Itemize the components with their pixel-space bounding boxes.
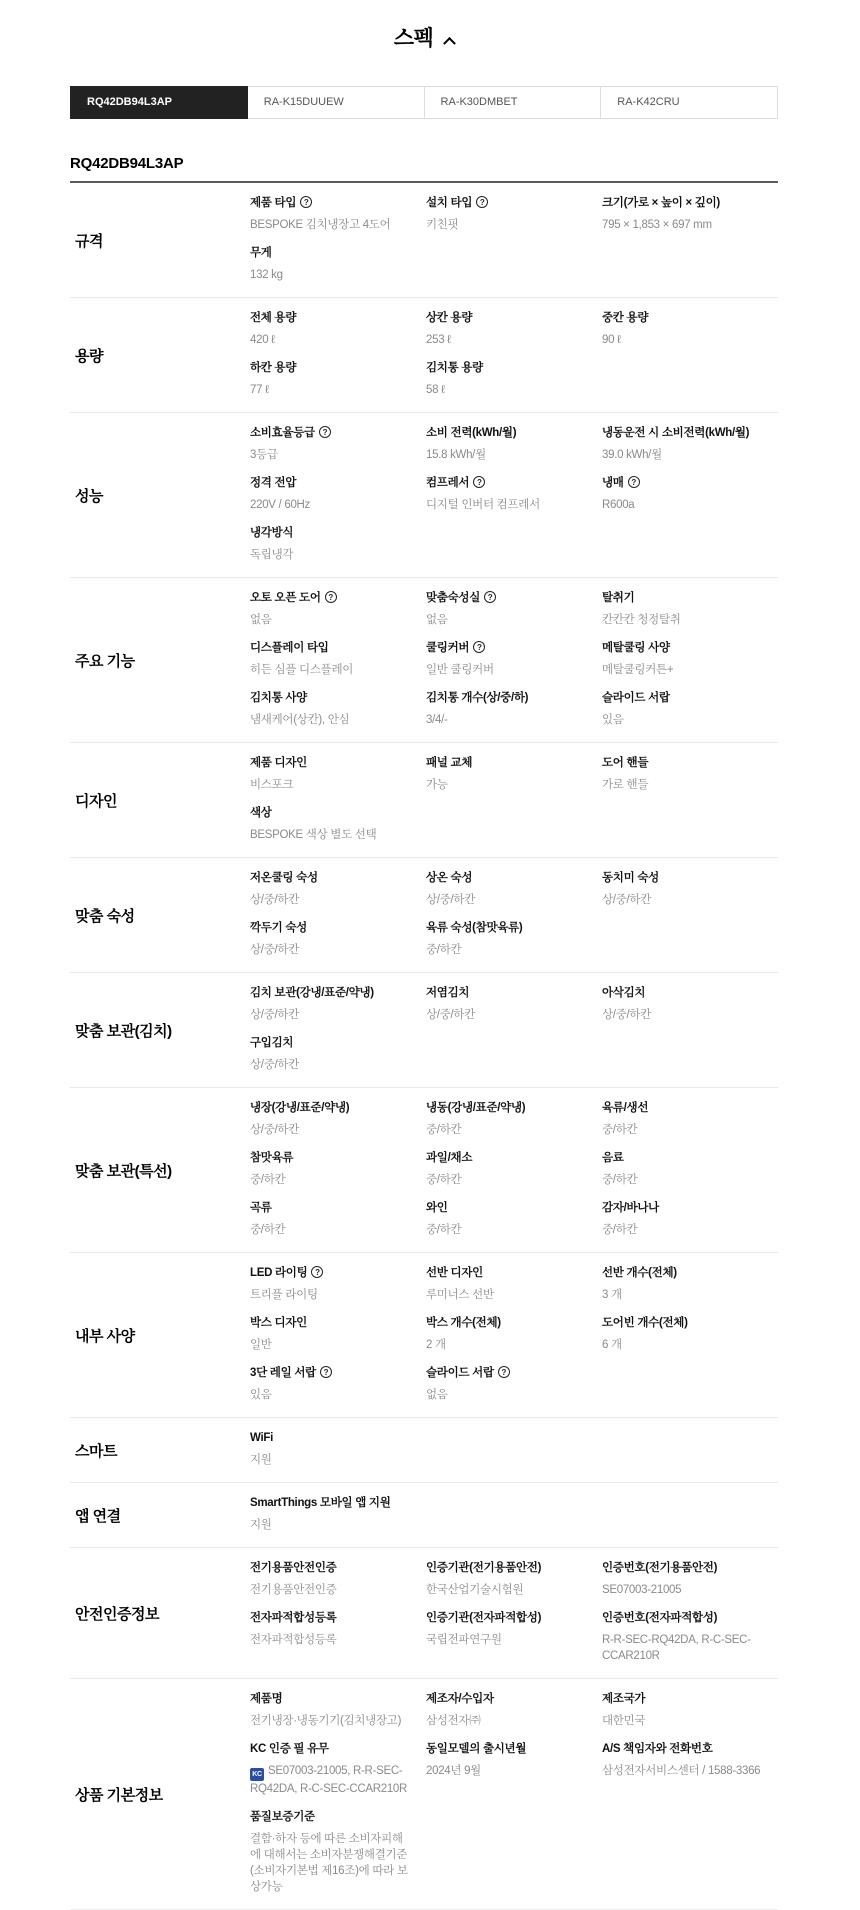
spec-section-row: 주요 기능오토 오픈 도어?없음맞춤숙성실?없음탈취기칸칸칸 청정탈취디스플레이… [70, 578, 778, 743]
spec-item-value-text: 전자파적합성등록 [250, 1634, 336, 1646]
spec-item-value-text: 420 ℓ [250, 334, 275, 346]
spec-section-header[interactable]: 스펙 [70, 16, 778, 56]
spec-item-label-text: 상칸 용량 [426, 312, 472, 324]
spec-item-value-text: 전기용품안전인증 [250, 1584, 336, 1596]
spec-item: 패널 교체가능 [426, 750, 602, 800]
spec-item-value: 칸칸칸 청정탈취 [602, 612, 764, 628]
spec-item-label: 전자파적합성등록 [250, 1611, 412, 1626]
spec-item-label-text: 감자/바나나 [602, 1202, 659, 1214]
spec-item-label: 전기용품안전인증 [250, 1561, 412, 1576]
spec-item-value-text: 중/하칸 [426, 1174, 461, 1186]
info-tooltip-icon[interactable]: ? [473, 476, 485, 488]
spec-item: 제품명전기냉장·냉동기기(김치냉장고) [250, 1686, 426, 1736]
spec-item-value: 전기냉장·냉동기기(김치냉장고) [250, 1713, 412, 1729]
spec-item-value: 상/중/하칸 [426, 892, 588, 908]
spec-item-label-text: 김치통 개수(상/중/하) [426, 692, 528, 704]
spec-item-value: 냄새케어(상칸), 안심 [250, 712, 412, 728]
spec-item-value: 중/하칸 [250, 1222, 412, 1238]
model-tabs: RQ42DB94L3APRA-K15DUUEWRA-K30DMBETRA-K42… [70, 86, 778, 119]
spec-item-value: 일반 쿨링커버 [426, 662, 588, 678]
spec-item-label: 박스 개수(전체) [426, 1316, 588, 1331]
spec-item-value: 상/중/하칸 [250, 1057, 412, 1073]
spec-item-value: 상/중/하칸 [250, 892, 412, 908]
spec-item-label-text: 제품명 [250, 1693, 282, 1705]
spec-item-label-text: 전자파적합성등록 [250, 1612, 336, 1624]
spec-item: 박스 개수(전체)2 개 [426, 1310, 602, 1360]
spec-item-value-text: 독립냉각 [250, 549, 293, 561]
spec-item-label: 무게 [250, 246, 412, 261]
spec-item-value-text: 253 ℓ [426, 334, 451, 346]
spec-item-label-text: 전기용품안전인증 [250, 1562, 336, 1574]
info-tooltip-icon[interactable]: ? [498, 1366, 510, 1378]
spec-item-label: 소비 전력(kWh/월) [426, 426, 588, 441]
spec-item-label-text: 상온 숙성 [426, 872, 472, 884]
tab-ra-k42cru[interactable]: RA-K42CRU [601, 86, 778, 119]
spec-item: 냉동(강냉/표준/약냉)중/하칸 [426, 1095, 602, 1145]
spec-item-label-text: 구입김치 [250, 1037, 293, 1049]
spec-item-value-text: 대한민국 [602, 1715, 645, 1727]
product-model-title: RQ42DB94L3AP [70, 155, 778, 183]
spec-item-label: 김치통 개수(상/중/하) [426, 691, 588, 706]
spec-item-value: R600a [602, 497, 764, 513]
spec-item-label: WiFi [250, 1431, 412, 1446]
spec-item-value: R-R-SEC-RQ42DA, R-C-SEC-CCAR210R [602, 1632, 764, 1664]
spec-item-value-text: 상/중/하칸 [250, 1124, 299, 1136]
spec-item: 육류/생선중/하칸 [602, 1095, 778, 1145]
spec-item: 정격 전압220V / 60Hz [250, 470, 426, 520]
spec-item: 디스플레이 타입히든 심플 디스플레이 [250, 635, 426, 685]
spec-item-label-text: 제품 타입 [250, 197, 296, 209]
spec-item-label: 깍두기 숙성 [250, 921, 412, 936]
spec-item: 냉각방식독립냉각 [250, 520, 426, 570]
spec-item: 중칸 용량90 ℓ [602, 305, 778, 355]
spec-item-value-text: 상/중/하칸 [250, 1059, 299, 1071]
spec-item-value: 삼성전자서비스센터 / 1588-3366 [602, 1763, 764, 1779]
spec-item-value-text: 58 ℓ [426, 384, 445, 396]
spec-item-value-text: 일반 쿨링커버 [426, 664, 494, 676]
spec-item-label: 슬라이드 서랍 [602, 691, 764, 706]
spec-item-value: 가능 [426, 777, 588, 793]
spec-item-grid: 오토 오픈 도어?없음맞춤숙성실?없음탈취기칸칸칸 청정탈취디스플레이 타입히든… [250, 585, 778, 735]
section-label: 주요 기능 [70, 650, 250, 671]
spec-item: 저염김치상/중/하칸 [426, 980, 602, 1030]
spec-item-label: 제품 디자인 [250, 756, 412, 771]
spec-item-grid: SmartThings 모바일 앱 지원지원 [250, 1490, 778, 1540]
spec-item-label-text: 육류 숙성(참맛육류) [426, 922, 522, 934]
spec-item-label-text: 동치미 숙성 [602, 872, 659, 884]
spec-item-value-text: 220V / 60Hz [250, 499, 310, 511]
spec-item-label: 냉장(강냉/표준/약냉) [250, 1101, 412, 1116]
spec-item: 탈취기칸칸칸 청정탈취 [602, 585, 778, 635]
spec-item-value: 있음 [250, 1387, 412, 1403]
spec-item-value: 지원 [250, 1452, 412, 1468]
spec-item-value: 중/하칸 [426, 1222, 588, 1238]
spec-item: 냉매?R600a [602, 470, 778, 520]
spec-item: 동치미 숙성상/중/하칸 [602, 865, 778, 915]
spec-item: 아삭김치상/중/하칸 [602, 980, 778, 1030]
spec-item: 전자파적합성등록전자파적합성등록 [250, 1605, 426, 1655]
spec-item-value-text: 루미너스 선반 [426, 1289, 494, 1301]
spec-item-label: 컴프레서? [426, 476, 588, 491]
spec-item-value: 국립전파연구원 [426, 1632, 588, 1648]
section-label: 맞춤 숙성 [70, 905, 250, 926]
spec-item-label: 제조자/수입자 [426, 1692, 588, 1707]
spec-table: 규격제품 타입?BESPOKE 김치냉장고 4도어설치 타입?키친핏크기(가로 … [70, 183, 778, 1910]
spec-item-label-text: SmartThings 모바일 앱 지원 [250, 1497, 391, 1509]
spec-item-value: SE07003-21005 [602, 1582, 764, 1598]
spec-item-label-text: 제조국가 [602, 1693, 645, 1705]
spec-item-value: 없음 [250, 612, 412, 628]
spec-item-label-text: 설치 타입 [426, 197, 472, 209]
spec-item-value: 3/4/- [426, 712, 588, 728]
spec-item: 육류 숙성(참맛육류)중/하칸 [426, 915, 602, 965]
spec-item-label-text: LED 라이팅 [250, 1267, 307, 1279]
spec-item-label-text: 컴프레서 [426, 477, 469, 489]
spec-item-label-text: A/S 책임자와 전화번호 [602, 1743, 713, 1755]
info-tooltip-icon[interactable]: ? [325, 591, 337, 603]
spec-item-label: 디스플레이 타입 [250, 641, 412, 656]
spec-section-row: 스마트WiFi지원 [70, 1418, 778, 1483]
spec-item: 감자/바나나중/하칸 [602, 1195, 778, 1245]
spec-item: 도어빈 개수(전체)6 개 [602, 1310, 778, 1360]
spec-item-value-text: 일반 [250, 1339, 272, 1351]
spec-item-value-text: R600a [602, 499, 634, 511]
spec-item-value-text: 3/4/- [426, 714, 448, 726]
spec-item-value-text: 국립전파연구원 [426, 1634, 502, 1646]
spec-item-label: A/S 책임자와 전화번호 [602, 1742, 764, 1757]
spec-item: 3단 레일 서랍?있음 [250, 1360, 426, 1410]
spec-item-value: 상/중/하칸 [250, 942, 412, 958]
spec-item-label: 와인 [426, 1201, 588, 1216]
spec-item-label-text: 중칸 용량 [602, 312, 648, 324]
spec-item-value-text: 중/하칸 [602, 1224, 637, 1236]
spec-item-label-text: 저온쿨링 숙성 [250, 872, 318, 884]
spec-item-label-text: 맞춤숙성실 [426, 592, 480, 604]
spec-item-value-text: 없음 [426, 614, 448, 626]
spec-item-label-text: 색상 [250, 807, 272, 819]
spec-item-value: 결함·하자 등에 따른 소비자피해에 대해서는 소비자분쟁해결기준(소비자기본법… [250, 1831, 412, 1895]
spec-item-value: 비스포크 [250, 777, 412, 793]
spec-section-row: 내부 사양LED 라이팅?트리플 라이팅선반 디자인루미너스 선반선반 개수(전… [70, 1253, 778, 1418]
page-title: 스펙 [394, 27, 434, 50]
spec-item: 김치 보관(강냉/표준/약냉)상/중/하칸 [250, 980, 426, 1030]
spec-item-label: 김치 보관(강냉/표준/약냉) [250, 986, 412, 1001]
section-label: 안전인증정보 [70, 1603, 250, 1624]
spec-item-label: 냉동운전 시 소비전력(kWh/월) [602, 426, 764, 441]
spec-item-grid: 전체 용량420 ℓ상칸 용량253 ℓ중칸 용량90 ℓ하칸 용량77 ℓ김치… [250, 305, 778, 405]
spec-item-label: 육류/생선 [602, 1101, 764, 1116]
spec-item-label: 3단 레일 서랍? [250, 1366, 412, 1381]
spec-item-value-text: 키친핏 [426, 219, 458, 231]
spec-item: 상칸 용량253 ℓ [426, 305, 602, 355]
spec-item-value: 있음 [602, 712, 764, 728]
spec-item-value: 전기용품안전인증 [250, 1582, 412, 1598]
spec-item-grid: 제품 타입?BESPOKE 김치냉장고 4도어설치 타입?키친핏크기(가로 × … [250, 190, 778, 290]
spec-item-label: 슬라이드 서랍? [426, 1366, 588, 1381]
spec-item-label: 소비효율등급? [250, 426, 412, 441]
spec-item-value-text: 있음 [250, 1389, 272, 1401]
section-label: 디자인 [70, 790, 250, 811]
spec-item-value: 3등급 [250, 447, 412, 463]
spec-item-label: 중칸 용량 [602, 311, 764, 326]
spec-item-value: 39.0 kWh/월 [602, 447, 764, 463]
spec-item-label-text: 정격 전압 [250, 477, 296, 489]
spec-item-label-text: 과일/채소 [426, 1152, 472, 1164]
spec-item-label-text: 선반 디자인 [426, 1267, 483, 1279]
spec-item-label: 하칸 용량 [250, 361, 412, 376]
spec-item-value: 중/하칸 [250, 1172, 412, 1188]
spec-item-label-text: 냉동운전 시 소비전력(kWh/월) [602, 427, 749, 439]
spec-item-label: 선반 개수(전체) [602, 1266, 764, 1281]
info-tooltip-icon[interactable]: ? [320, 1366, 332, 1378]
spec-item-value-text: 지원 [250, 1454, 272, 1466]
spec-item-value-text: 상/중/하칸 [250, 1009, 299, 1021]
spec-item-value: 2024년 9월 [426, 1763, 588, 1779]
chevron-up-icon[interactable] [443, 37, 456, 50]
section-label: 스마트 [70, 1440, 250, 1461]
spec-item: 전체 용량420 ℓ [250, 305, 426, 355]
spec-item-label-text: 디스플레이 타입 [250, 642, 329, 654]
spec-item: 맞춤숙성실?없음 [426, 585, 602, 635]
spec-item-value: 중/하칸 [602, 1172, 764, 1188]
spec-item-label-text: 인증번호(전자파적합성) [602, 1612, 717, 1624]
spec-item-value: 중/하칸 [602, 1222, 764, 1238]
spec-item: SmartThings 모바일 앱 지원지원 [250, 1490, 426, 1540]
spec-item-label-text: 육류/생선 [602, 1102, 648, 1114]
tab-ra-k15duuew[interactable]: RA-K15DUUEW [248, 86, 425, 119]
spec-item: 오토 오픈 도어?없음 [250, 585, 426, 635]
spec-section-row: 용량전체 용량420 ℓ상칸 용량253 ℓ중칸 용량90 ℓ하칸 용량77 ℓ… [70, 298, 778, 413]
spec-item-label: 박스 디자인 [250, 1316, 412, 1331]
spec-item-value-text: 중/하칸 [602, 1124, 637, 1136]
spec-item-label: 탈취기 [602, 591, 764, 606]
spec-item-value: BESPOKE 김치냉장고 4도어 [250, 217, 412, 233]
spec-item-label-text: 무게 [250, 247, 272, 259]
spec-item-grid: 김치 보관(강냉/표준/약냉)상/중/하칸저염김치상/중/하칸아삭김치상/중/하… [250, 980, 778, 1080]
spec-item-value: 중/하칸 [426, 942, 588, 958]
spec-item-value-text: 132 kg [250, 269, 283, 281]
spec-item: 김치통 개수(상/중/하)3/4/- [426, 685, 602, 735]
spec-item: 선반 개수(전체)3 개 [602, 1260, 778, 1310]
spec-item-label-text: 3단 레일 서랍 [250, 1367, 316, 1379]
spec-item-value-text: 상/중/하칸 [602, 894, 651, 906]
info-tooltip-icon[interactable]: ? [484, 591, 496, 603]
spec-item-value-text: 2 개 [426, 1339, 446, 1351]
spec-item-value-text: BESPOKE 김치냉장고 4도어 [250, 219, 390, 231]
spec-item-value: 상/중/하칸 [250, 1122, 412, 1138]
spec-item-value: 420 ℓ [250, 332, 412, 348]
spec-item: 음료중/하칸 [602, 1145, 778, 1195]
spec-item-label: 맞춤숙성실? [426, 591, 588, 606]
spec-item-label: 도어빈 개수(전체) [602, 1316, 764, 1331]
spec-item-label-text: 박스 개수(전체) [426, 1317, 501, 1329]
spec-item: 과일/채소중/하칸 [426, 1145, 602, 1195]
spec-item: 쿨링커버?일반 쿨링커버 [426, 635, 602, 685]
spec-item-label-text: 도어 핸들 [602, 757, 648, 769]
spec-item: 참맛육류중/하칸 [250, 1145, 426, 1195]
spec-item-value: 중/하칸 [426, 1122, 588, 1138]
spec-item-grid: 제품명전기냉장·냉동기기(김치냉장고)제조자/수입자삼성전자㈜제조국가대한민국K… [250, 1686, 778, 1902]
spec-item-value: 독립냉각 [250, 547, 412, 563]
spec-item-label: 메탈쿨링 사양 [602, 641, 764, 656]
spec-item-value-text: 중/하칸 [426, 944, 461, 956]
tab-ra-k30dmbet[interactable]: RA-K30DMBET [425, 86, 602, 119]
spec-item-label: 제품명 [250, 1692, 412, 1707]
spec-item-label-text: 메탈쿨링 사양 [602, 642, 670, 654]
info-tooltip-icon[interactable]: ? [319, 426, 331, 438]
spec-item-label: KC 인증 필 유무 [250, 1742, 412, 1757]
spec-item-label: 정격 전압 [250, 476, 412, 491]
spec-item-label-text: 김치 보관(강냉/표준/약냉) [250, 987, 374, 999]
spec-item-value: 루미너스 선반 [426, 1287, 588, 1303]
spec-item-grid: 소비효율등급?3등급소비 전력(kWh/월)15.8 kWh/월냉동운전 시 소… [250, 420, 778, 570]
spec-item-label: 상칸 용량 [426, 311, 588, 326]
info-tooltip-icon[interactable]: ? [311, 1266, 323, 1278]
spec-item-label: 곡류 [250, 1201, 412, 1216]
spec-item-value-text: SE07003-21005, R-R-SEC-RQ42DA, R-C-SEC-C… [250, 1765, 407, 1795]
spec-section-row: 상품 기본정보제품명전기냉장·냉동기기(김치냉장고)제조자/수입자삼성전자㈜제조… [70, 1679, 778, 1910]
spec-item-label-text: 냉장(강냉/표준/약냉) [250, 1102, 349, 1114]
tab-rq42db94l3ap[interactable]: RQ42DB94L3AP [70, 86, 248, 119]
spec-item-value-text: 상/중/하칸 [602, 1009, 651, 1021]
spec-item: 김치통 용량58 ℓ [426, 355, 602, 405]
spec-item: 저온쿨링 숙성상/중/하칸 [250, 865, 426, 915]
spec-item-label-text: 슬라이드 서랍 [426, 1367, 494, 1379]
spec-item-value: 220V / 60Hz [250, 497, 412, 513]
spec-item-label: 저온쿨링 숙성 [250, 871, 412, 886]
spec-item-value: 상/중/하칸 [602, 1007, 764, 1023]
spec-item: 김치통 사양냄새케어(상칸), 안심 [250, 685, 426, 735]
spec-item-label-text: 하칸 용량 [250, 362, 296, 374]
spec-item-label-text: 품질보증기준 [250, 1811, 315, 1823]
spec-item-value-text: 칸칸칸 청정탈취 [602, 614, 681, 626]
spec-item-value: 58 ℓ [426, 382, 588, 398]
spec-item-value: 트리플 라이팅 [250, 1287, 412, 1303]
spec-item-label: 구입김치 [250, 1036, 412, 1051]
info-tooltip-icon[interactable]: ? [476, 196, 488, 208]
spec-item-value-text: 디지털 인버터 컴프레서 [426, 499, 540, 511]
spec-item: 설치 타입?키친핏 [426, 190, 602, 240]
spec-item: 크기(가로 × 높이 × 깊이)795 × 1,853 × 697 mm [602, 190, 778, 240]
spec-item-value: 지원 [250, 1517, 412, 1533]
spec-item-label: 도어 핸들 [602, 756, 764, 771]
spec-item: 하칸 용량77 ℓ [250, 355, 426, 405]
spec-item-label: 품질보증기준 [250, 1810, 412, 1825]
spec-item-value-text: 3 개 [602, 1289, 622, 1301]
section-label: 맞춤 보관(김치) [70, 1020, 250, 1041]
spec-item-value-text: 상/중/하칸 [250, 944, 299, 956]
spec-item-value: 중/하칸 [426, 1172, 588, 1188]
spec-item-value: 132 kg [250, 267, 412, 283]
spec-item-label-text: 패널 교체 [426, 757, 472, 769]
spec-item-label: 인증기관(전자파적합성) [426, 1611, 588, 1626]
spec-item-value-text: 상/중/하칸 [426, 894, 475, 906]
spec-item-value: 없음 [426, 1387, 588, 1403]
spec-item-label: 제조국가 [602, 1692, 764, 1707]
spec-item-grid: 전기용품안전인증전기용품안전인증인증기관(전기용품안전)한국산업기술시험원인증번… [250, 1555, 778, 1671]
spec-section-row: 디자인제품 디자인비스포크패널 교체가능도어 핸들가로 핸들색상BESPOKE … [70, 743, 778, 858]
spec-item-label: 육류 숙성(참맛육류) [426, 921, 588, 936]
spec-item-value: 90 ℓ [602, 332, 764, 348]
spec-item-grid: 냉장(강냉/표준/약냉)상/중/하칸냉동(강냉/표준/약냉)중/하칸육류/생선중… [250, 1095, 778, 1245]
spec-item: LED 라이팅?트리플 라이팅 [250, 1260, 426, 1310]
spec-item-label-text: 김치통 용량 [426, 362, 483, 374]
spec-item: 제품 타입?BESPOKE 김치냉장고 4도어 [250, 190, 426, 240]
spec-item-label: 상온 숙성 [426, 871, 588, 886]
spec-item-label: 참맛육류 [250, 1151, 412, 1166]
spec-section-row: 앱 연결SmartThings 모바일 앱 지원지원 [70, 1483, 778, 1548]
spec-item-value-text: 삼성전자서비스센터 / 1588-3366 [602, 1765, 760, 1777]
spec-item-value-text: 15.8 kWh/월 [426, 449, 486, 461]
spec-item-value-text: 지원 [250, 1519, 272, 1531]
info-tooltip-icon[interactable]: ? [300, 196, 312, 208]
spec-item: 냉장(강냉/표준/약냉)상/중/하칸 [250, 1095, 426, 1145]
spec-item-label: 인증번호(전기용품안전) [602, 1561, 764, 1576]
spec-item: 슬라이드 서랍있음 [602, 685, 778, 735]
spec-item-value-text: 중/하칸 [250, 1224, 285, 1236]
spec-item-label: 김치통 사양 [250, 691, 412, 706]
spec-item-label: SmartThings 모바일 앱 지원 [250, 1496, 412, 1511]
spec-item: 인증번호(전자파적합성)R-R-SEC-RQ42DA, R-C-SEC-CCAR… [602, 1605, 778, 1671]
spec-item-value-text: 상/중/하칸 [250, 894, 299, 906]
spec-item: 컴프레서?디지털 인버터 컴프레서 [426, 470, 602, 520]
spec-item-label: 감자/바나나 [602, 1201, 764, 1216]
spec-item-value-text: 트리플 라이팅 [250, 1289, 318, 1301]
spec-item-value: 2 개 [426, 1337, 588, 1353]
spec-item-value: 삼성전자㈜ [426, 1713, 588, 1729]
spec-item-value: 일반 [250, 1337, 412, 1353]
spec-item-label-text: 냉매 [602, 477, 624, 489]
spec-item-label-text: 쿨링커버 [426, 642, 469, 654]
spec-item-grid: 제품 디자인비스포크패널 교체가능도어 핸들가로 핸들색상BESPOKE 색상 … [250, 750, 778, 850]
spec-item: 소비 전력(kWh/월)15.8 kWh/월 [426, 420, 602, 470]
spec-item-label-text: 냉동(강냉/표준/약냉) [426, 1102, 525, 1114]
spec-item-label: 저염김치 [426, 986, 588, 1001]
spec-item: 품질보증기준결함·하자 등에 따른 소비자피해에 대해서는 소비자분쟁해결기준(… [250, 1804, 426, 1902]
kc-certification-icon: KC [250, 1768, 264, 1781]
spec-item-value-text: 중/하칸 [426, 1124, 461, 1136]
spec-item-value: 77 ℓ [250, 382, 412, 398]
spec-section-row: 맞춤 보관(김치)김치 보관(강냉/표준/약냉)상/중/하칸저염김치상/중/하칸… [70, 973, 778, 1088]
spec-item-label-text: 오토 오픈 도어 [250, 592, 321, 604]
spec-item-label-text: 소비 전력(kWh/월) [426, 427, 516, 439]
info-tooltip-icon[interactable]: ? [628, 476, 640, 488]
spec-item-value: 한국산업기술시험원 [426, 1582, 588, 1598]
spec-item-label-text: 탈취기 [602, 592, 634, 604]
spec-item-label: 크기(가로 × 높이 × 깊이) [602, 196, 764, 211]
spec-item-value: KCSE07003-21005, R-R-SEC-RQ42DA, R-C-SEC… [250, 1763, 412, 1797]
spec-item-value: 중/하칸 [602, 1122, 764, 1138]
spec-item-label: 쿨링커버? [426, 641, 588, 656]
spec-item-label: 아삭김치 [602, 986, 764, 1001]
spec-item-value-text: 90 ℓ [602, 334, 621, 346]
spec-section-row: 규격제품 타입?BESPOKE 김치냉장고 4도어설치 타입?키친핏크기(가로 … [70, 183, 778, 298]
spec-item-value-text: 상/중/하칸 [426, 1009, 475, 1021]
spec-item: 인증기관(전기용품안전)한국산업기술시험원 [426, 1555, 602, 1605]
spec-item-value: 가로 핸들 [602, 777, 764, 793]
spec-item-label-text: 전체 용량 [250, 312, 296, 324]
spec-item-value: 전자파적합성등록 [250, 1632, 412, 1648]
spec-item-label: 전체 용량 [250, 311, 412, 326]
spec-item-value-text: 가로 핸들 [602, 779, 648, 791]
spec-item-label: 제품 타입? [250, 196, 412, 211]
spec-item: 전기용품안전인증전기용품안전인증 [250, 1555, 426, 1605]
spec-item: 인증번호(전기용품안전)SE07003-21005 [602, 1555, 778, 1605]
spec-item-label-text: 곡류 [250, 1202, 272, 1214]
info-tooltip-icon[interactable]: ? [473, 641, 485, 653]
spec-item-value: BESPOKE 색상 별도 선택 [250, 827, 412, 843]
spec-item: 제조자/수입자삼성전자㈜ [426, 1686, 602, 1736]
